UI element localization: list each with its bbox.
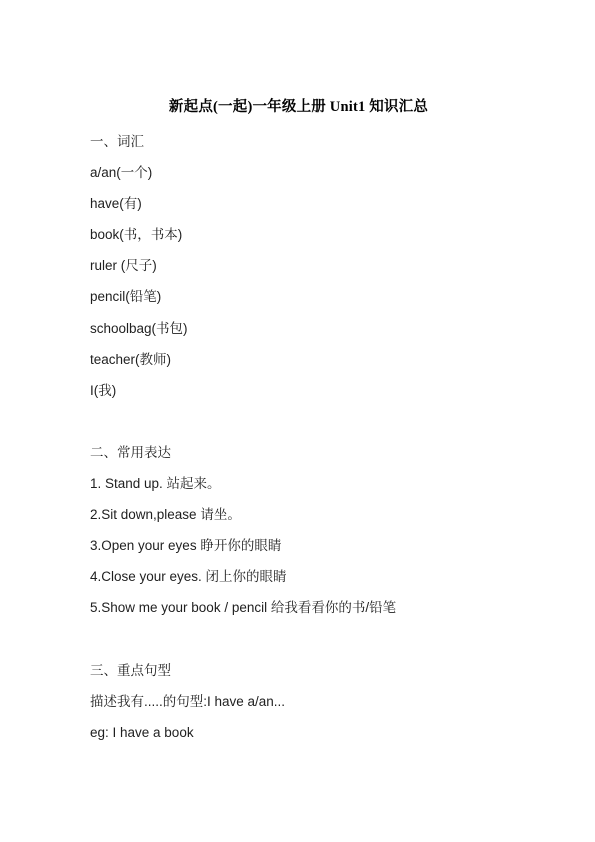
vocab-line-ruler: ruler (尺子) <box>90 250 507 281</box>
vocab-line-teacher: teacher(教师) <box>90 344 507 375</box>
vocab-line-schoolbag: schoolbag(书包) <box>90 313 507 344</box>
document-page: 新起点(一起)一年级上册 Unit1 知识汇总 一、词汇 a/an(一个) ha… <box>0 0 595 842</box>
expression-line-stand-up: 1. Stand up. 站起来。 <box>90 468 507 499</box>
vocab-line-book: book(书，书本) <box>90 219 507 250</box>
pattern-line-example: eg: I have a book <box>90 717 507 748</box>
document-title: 新起点(一起)一年级上册 Unit1 知识汇总 <box>90 96 507 118</box>
expression-line-sit-down: 2.Sit down,please 请坐。 <box>90 499 507 530</box>
section-heading-sentence-patterns: 三、重点句型 <box>90 655 507 686</box>
section-heading-expressions: 二、常用表达 <box>90 437 507 468</box>
pattern-line-i-have: 描述我有.....的句型:I have a/an... <box>90 686 507 717</box>
section-heading-vocabulary: 一、词汇 <box>90 126 507 157</box>
blank-line <box>90 406 507 437</box>
expression-line-open-eyes: 3.Open your eyes 睁开你的眼睛 <box>90 530 507 561</box>
vocab-line-a-an: a/an(一个) <box>90 157 507 188</box>
expression-line-close-eyes: 4.Close your eyes. 闭上你的眼睛 <box>90 561 507 592</box>
vocab-line-i: I(我) <box>90 375 507 406</box>
expression-line-show-me: 5.Show me your book / pencil 给我看看你的书/铅笔 <box>90 592 507 623</box>
vocab-line-pencil: pencil(铅笔) <box>90 281 507 312</box>
blank-line <box>90 624 507 655</box>
vocab-line-have: have(有) <box>90 188 507 219</box>
